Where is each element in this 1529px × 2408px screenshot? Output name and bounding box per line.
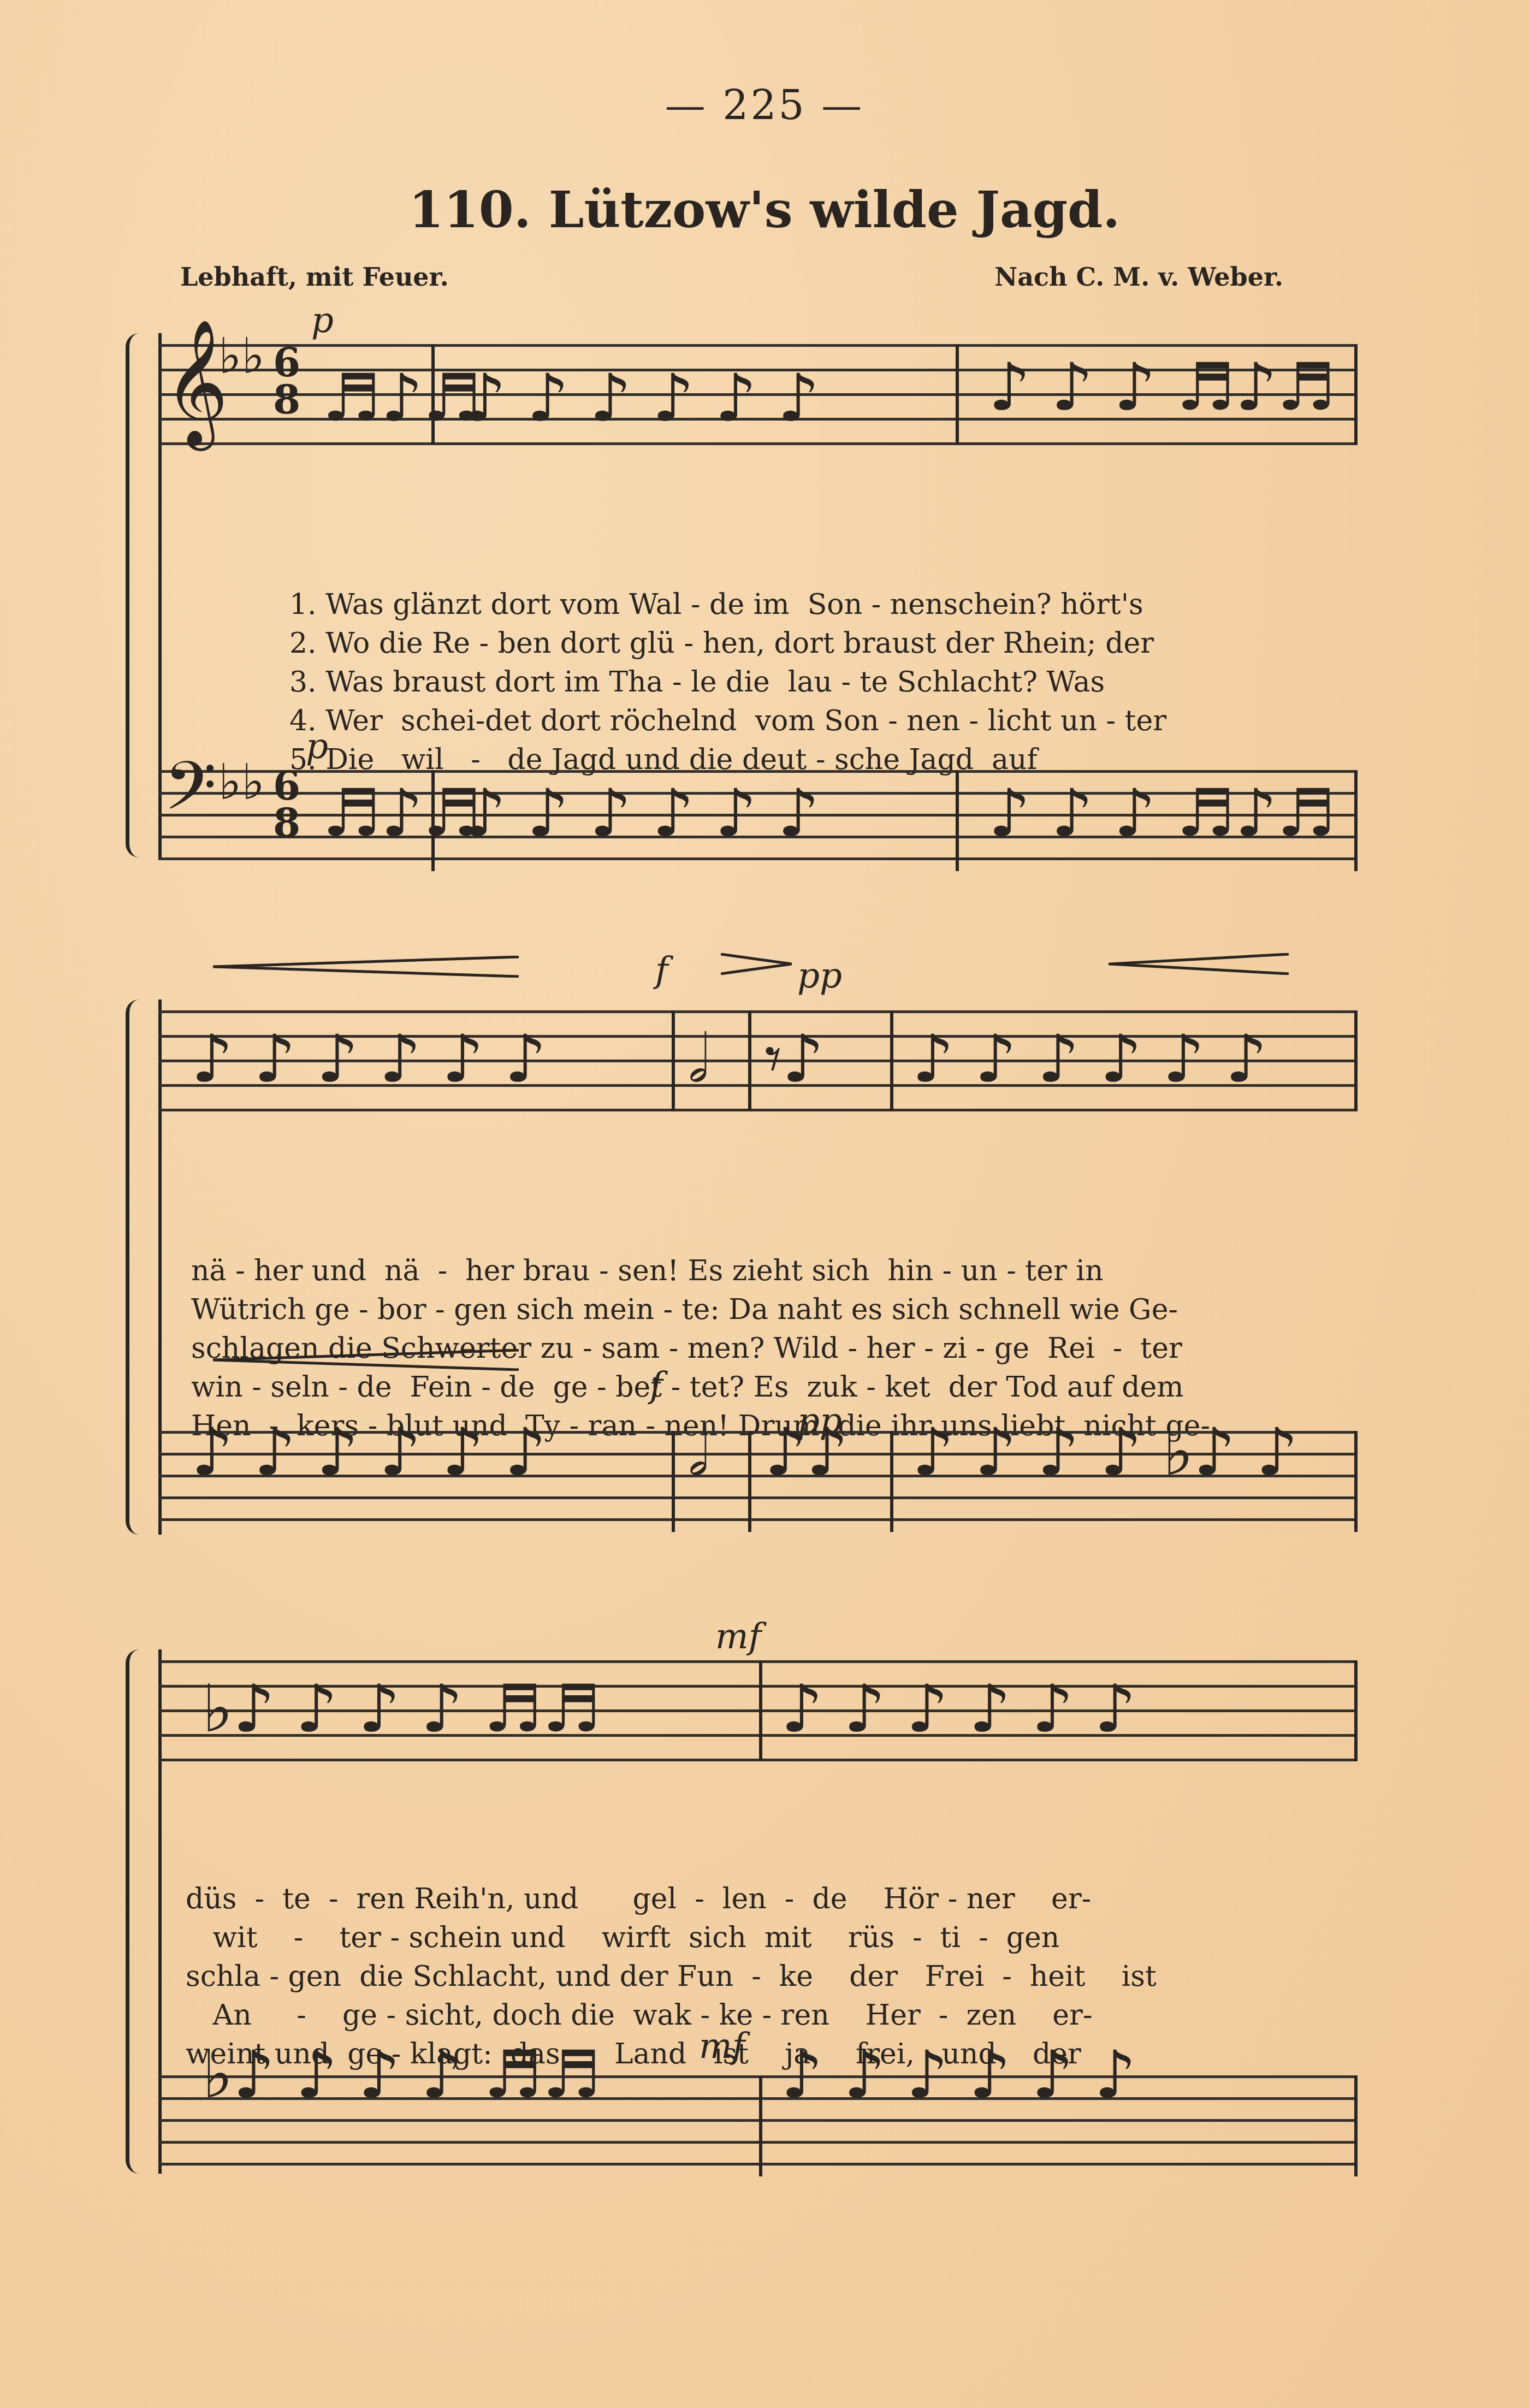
notes-icon: 𝄾♪	[764, 1027, 824, 1092]
system-brace	[126, 999, 139, 1535]
key-signature-flats-icon: ♭♭	[218, 328, 265, 385]
bass-staff: ♭♪ ♪ ♪ ♪ ♬♬ ♪ ♪ ♪ ♪ ♪ ♪	[158, 2075, 1354, 2174]
notes-icon: ♭♪ ♪ ♪ ♪ ♬♬	[202, 1677, 601, 1742]
treble-staff: ♭♪ ♪ ♪ ♪ ♬♬ ♪ ♪ ♪ ♪ ♪ ♪	[158, 1660, 1354, 1759]
dynamic-marking: p	[306, 726, 328, 767]
notes-icon: ♪ ♪ ♪ ♪ ♭♪ ♪	[912, 1420, 1298, 1486]
notes-icon: ♪ ♪ ♪ ♪ ♪ ♪	[912, 1027, 1267, 1092]
system-brace	[126, 333, 139, 857]
notes-icon: ♪ ♪ ♪ ♬♪♬	[988, 355, 1336, 421]
decrescendo-hairpin-icon	[721, 953, 792, 975]
notes-icon: ♬♪♬	[322, 781, 482, 847]
dynamic-marking: f	[650, 1365, 663, 1406]
notes-icon: ♬♪♬	[322, 366, 482, 431]
time-signature: 68	[273, 344, 300, 419]
bass-staff: 𝄢 ♭♭ 68 ♬♪♬ ♪ ♪ ♪ ♪ ♪ ♪ ♪ ♪ ♪ ♬♪♬	[158, 770, 1354, 868]
dynamic-marking: mf	[699, 2026, 745, 2067]
time-signature: 68	[273, 767, 300, 842]
notes-icon: ♪ ♪ ♪ ♪ ♪ ♪	[781, 1677, 1136, 1742]
notes-icon: ♪ ♪ ♪ ♬♪♬	[988, 781, 1336, 847]
composer-credit: Nach C. M. v. Weber.	[994, 262, 1283, 292]
bass-clef-icon: 𝄢	[164, 754, 216, 836]
music-system-1: p 𝄞 ♭♭ 68 ♬♪♬ ♪ ♪ ♪ ♪ ♪ ♪ ♪ ♪ ♪ ♬♪♬ 1. W…	[126, 333, 1354, 857]
crescendo-hairpin-icon	[213, 956, 519, 978]
page-number: — 225 —	[0, 82, 1529, 129]
dynamic-marking: f	[655, 950, 668, 991]
dynamic-marking: mf	[715, 1617, 761, 1657]
treble-staff: ♪ ♪ ♪ ♪ ♪ ♪ 𝅗𝅥 𝄾♪ ♪ ♪ ♪ ♪ ♪ ♪	[158, 1010, 1354, 1109]
notes-icon: ♪ ♪ ♪ ♪ ♪ ♪	[191, 1420, 546, 1486]
notes-icon: ♭♪ ♪ ♪ ♪ ♬♬	[202, 2043, 601, 2108]
notes-icon: 𝅗𝅥	[688, 1420, 709, 1486]
bass-staff: ♪ ♪ ♪ ♪ ♪ ♪ 𝅗𝅥 ♪♪ ♪ ♪ ♪ ♪ ♭♪ ♪	[158, 1431, 1354, 1529]
treble-staff: 𝄞 ♭♭ 68 ♬♪♬ ♪ ♪ ♪ ♪ ♪ ♪ ♪ ♪ ♪ ♬♪♬	[158, 344, 1354, 442]
system-brace	[126, 1649, 139, 2174]
dynamic-marking: pp	[797, 956, 842, 996]
notes-icon: ♪ ♪ ♪ ♪ ♪ ♪	[464, 781, 819, 847]
crescendo-hairpin-icon	[1109, 953, 1289, 975]
notes-icon: ♪ ♪ ♪ ♪ ♪ ♪	[191, 1027, 546, 1092]
music-system-3: mf ♭♪ ♪ ♪ ♪ ♬♬ ♪ ♪ ♪ ♪ ♪ ♪ düs - te - re…	[126, 1649, 1354, 2174]
dynamic-marking: p	[311, 300, 334, 341]
notes-icon: ♪ ♪ ♪ ♪ ♪ ♪	[464, 366, 819, 431]
key-signature-flats-icon: ♭♭	[218, 754, 265, 811]
music-system-2: f pp ♪ ♪ ♪ ♪ ♪ ♪ 𝅗𝅥 𝄾♪ ♪ ♪ ♪ ♪ ♪ ♪ nä - …	[126, 999, 1354, 1535]
song-title: 110. Lützow's wilde Jagd.	[0, 180, 1529, 239]
notes-icon: ♪ ♪ ♪ ♪ ♪ ♪	[781, 2043, 1136, 2108]
notes-icon: 𝅗𝅥	[688, 1027, 709, 1092]
tempo-marking: Lebhaft, mit Feuer.	[180, 262, 449, 292]
notes-icon: ♪♪	[764, 1420, 848, 1486]
crescendo-hairpin-icon	[213, 1349, 519, 1371]
